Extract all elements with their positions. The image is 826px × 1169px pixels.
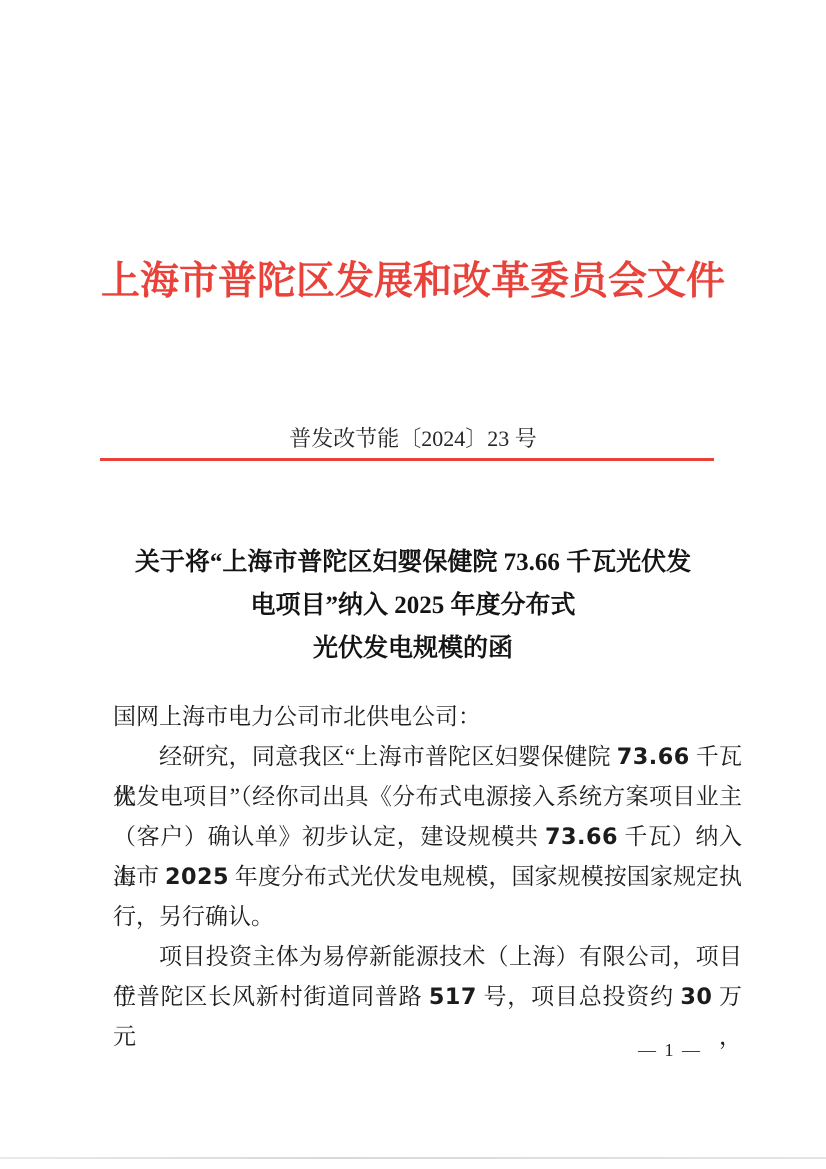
numeric-text: 517: [429, 984, 477, 1010]
scan-edge-artifact: [0, 1157, 826, 1159]
body-line: （客户）确认单》初步认定，建设规模共 73.66 千瓦）纳入上: [113, 817, 742, 857]
page-number: — 1 —: [638, 1038, 702, 1062]
document-title-line-3: 光伏发电规模的函: [50, 627, 776, 670]
body-line: 经研究，同意我区“上海市普陀区妇婴保健院 73.66 千瓦光: [113, 737, 742, 777]
body-line: 于普陀区长风新村街道同普路 517 号，项目总投资约 30 万元，: [113, 977, 742, 1017]
body-line: 项目投资主体为易停新能源技术（上海）有限公司，项目位: [113, 937, 742, 977]
document-title: 关于将“上海市普陀区妇婴保健院 73.66 千瓦光伏发 电项目”纳入 2025 …: [50, 541, 776, 670]
scanned-document-page: 上海市普陀区发展和改革委员会文件 普发改节能〔2024〕23 号 关于将“上海市…: [0, 0, 826, 1169]
document-body: 国网上海市电力公司市北供电公司： 经研究，同意我区“上海市普陀区妇婴保健院 73…: [113, 697, 742, 1017]
body-line-salutation: 国网上海市电力公司市北供电公司：: [113, 697, 742, 737]
numeric-text: 2025: [165, 864, 229, 890]
red-divider-rule: [100, 458, 714, 461]
body-line: 行，另行确认。: [113, 897, 742, 937]
body-line: 海市 2025 年度分布式光伏发电规模，国家规模按国家规定执: [113, 857, 742, 897]
document-title-line-1: 关于将“上海市普陀区妇婴保健院 73.66 千瓦光伏发: [50, 541, 776, 584]
numeric-text: 73.66: [617, 744, 690, 770]
agency-letterhead-title: 上海市普陀区发展和改革委员会文件: [0, 256, 826, 308]
document-reference-number: 普发改节能〔2024〕23 号: [0, 424, 826, 454]
body-line: 伏发电项目”（经你司出具《分布式电源接入系统方案项目业主: [113, 777, 742, 817]
document-title-line-2: 电项目”纳入 2025 年度分布式: [50, 584, 776, 627]
numeric-text: 30: [680, 984, 712, 1010]
numeric-text: 73.66: [545, 824, 618, 850]
